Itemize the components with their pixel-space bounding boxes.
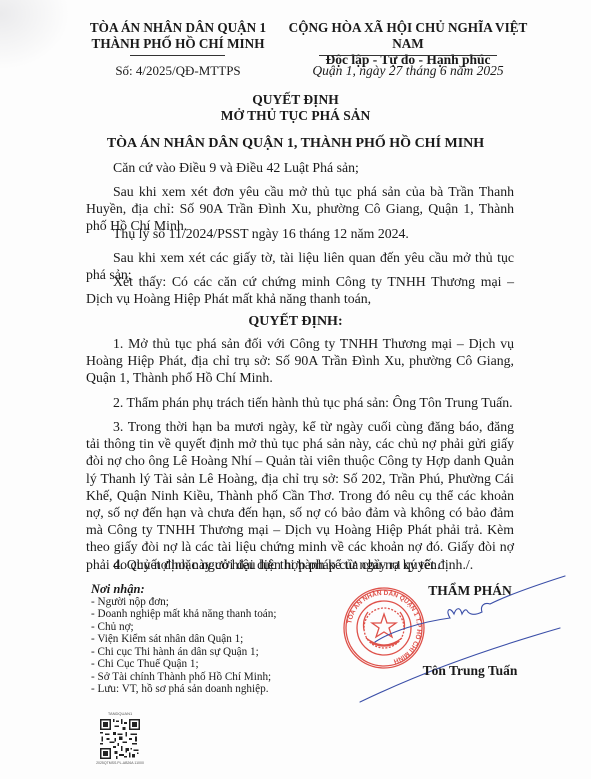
issuer-underline <box>130 55 225 56</box>
title-line2: MỞ THỦ TỤC PHÁ SẢN <box>0 108 591 124</box>
place-date: Quận 1, ngày 27 tháng 6 năm 2025 <box>278 63 538 79</box>
recipient-item: - Viện Kiểm sát nhân dân Quận 1; <box>91 633 341 646</box>
judge-title: THẨM PHÁN <box>400 583 540 599</box>
decision-3: 3. Trong thời hạn ba mươi ngày, kể từ ng… <box>86 418 514 573</box>
preamble-1: Căn cứ vào Điều 9 và Điều 42 Luật Phá sả… <box>86 159 514 176</box>
recipient-item: - Sở Tài chính Thành phố Hồ Chí Minh; <box>91 671 341 684</box>
issuer-line1: TÒA ÁN NHÂN DÂN QUẬN 1 <box>78 20 278 36</box>
preamble-5: Xét thấy: Có các căn cứ chứng minh Công … <box>86 273 514 307</box>
recipients-block: Nơi nhận: - Người nộp đơn; - Doanh nghiệ… <box>91 583 341 696</box>
title-line1: QUYẾT ĐỊNH <box>0 92 591 108</box>
document-number: Số: 4/2025/QĐ-MTTPS <box>78 63 278 79</box>
recipient-item: - Người nộp đơn; <box>91 596 341 609</box>
document-page: TÒA ÁN NHÂN DÂN QUẬN 1 THÀNH PHỐ HỒ CHÍ … <box>0 0 591 779</box>
recipients-label: Nơi nhận: <box>91 583 341 596</box>
recipient-item: - Lưu: VT, hồ sơ phá sản doanh nghiệp. <box>91 683 341 696</box>
preamble-3: Thụ lý số 11/2024/PSST ngày 16 tháng 12 … <box>86 225 514 242</box>
decision-1: 1. Mở thủ tục phá sản đối với Công ty TN… <box>86 335 514 387</box>
scan-shadow <box>0 0 70 70</box>
qr-caption-bottom: 2025QTMSS.PL-AB26A 11000 <box>88 761 152 765</box>
recipient-item: - Chi cục Thi hành án dân sự Quận 1; <box>91 646 341 659</box>
decision-2: 2. Thẩm phán phụ trách tiến hành thủ tục… <box>86 394 514 411</box>
motto-underline <box>319 55 497 56</box>
recipient-item: - Doanh nghiệp mất khả năng thanh toán; <box>91 608 341 621</box>
recipient-item: - Chi Cục Thuế Quận 1; <box>91 658 341 671</box>
recipient-item: - Chủ nợ; <box>91 621 341 634</box>
judge-name: Tôn Trung Tuấn <box>395 663 545 679</box>
nation-block: CỘNG HÒA XÃ HỘI CHỦ NGHĨA VIỆT NAM Độc l… <box>278 20 538 68</box>
qr-caption-top: TANDQUAN1 <box>90 711 150 716</box>
nation-line1: CỘNG HÒA XÃ HỘI CHỦ NGHĨA VIỆT NAM <box>278 20 538 52</box>
issuer-line2: THÀNH PHỐ HỒ CHÍ MINH <box>78 36 278 52</box>
decision-heading: QUYẾT ĐỊNH: <box>0 314 591 330</box>
court-name: TÒA ÁN NHÂN DÂN QUẬN 1, THÀNH PHỐ HỒ CHÍ… <box>0 136 591 152</box>
qr-code-icon <box>96 719 144 759</box>
issuer-block: TÒA ÁN NHÂN DÂN QUẬN 1 THÀNH PHỐ HỒ CHÍ … <box>78 20 278 52</box>
